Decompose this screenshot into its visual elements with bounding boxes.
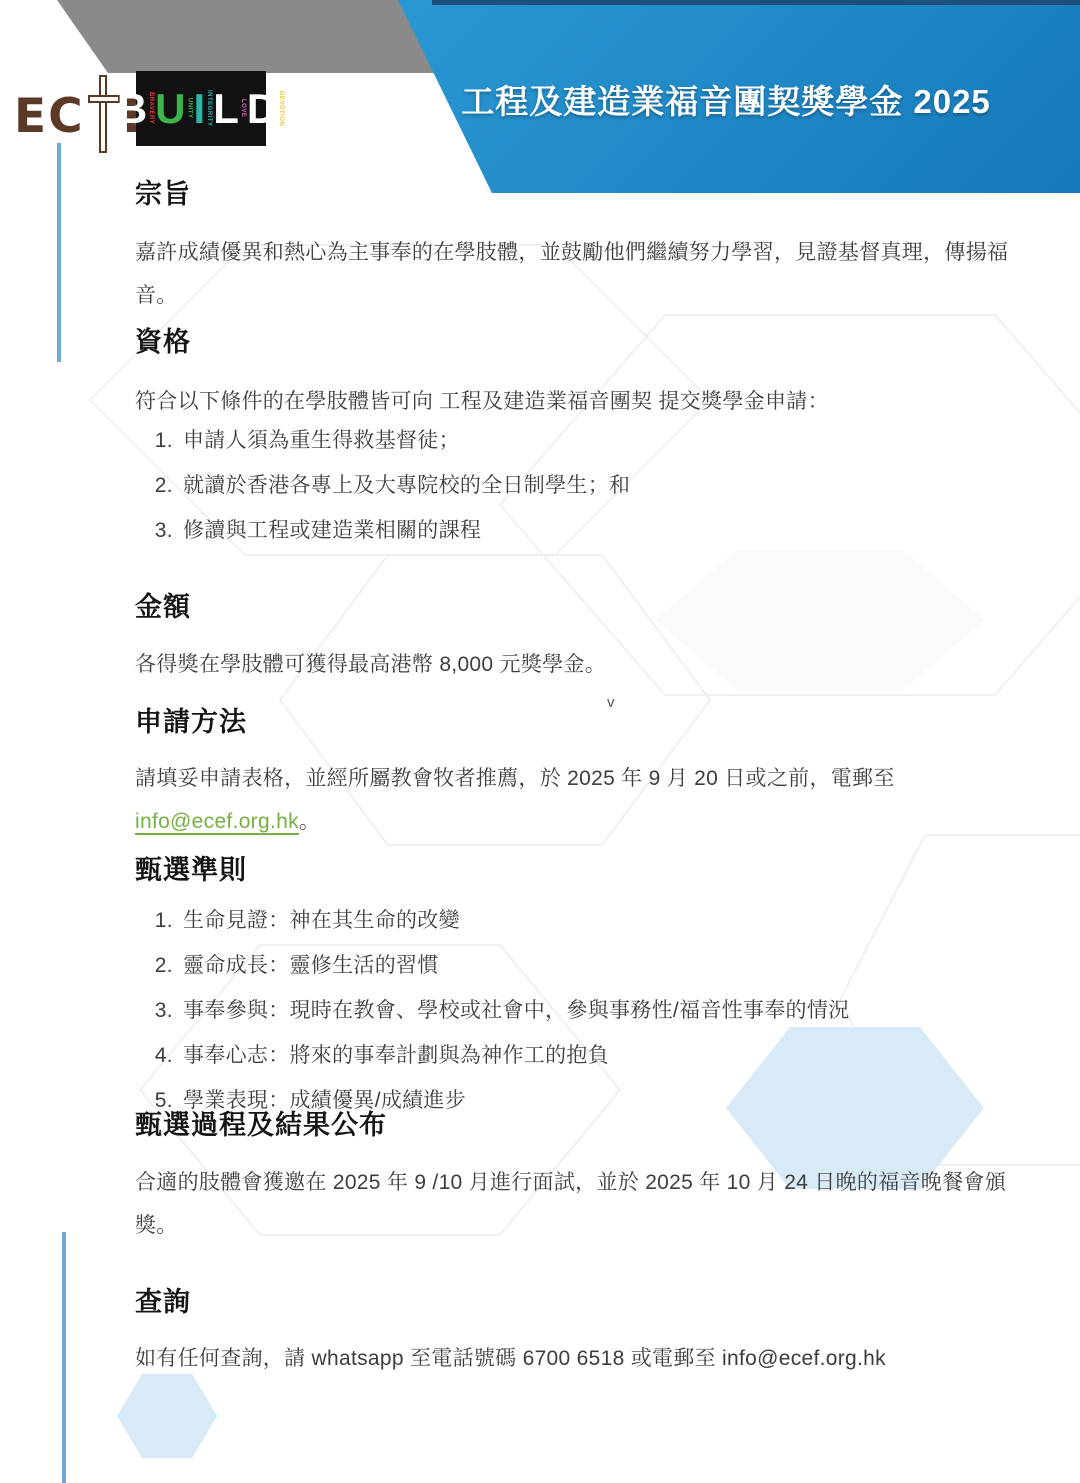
build-logo: B BRAVERY U UNITY I INTEGRITY L LOVE D D… [136,71,266,146]
section-heading-amount: 金額 [135,585,191,624]
list-item: 事奉參與：現時在教會、學校或社會中，參與事務性/福音性事奉的情況 [179,988,1039,1033]
build-word-love: LOVE [240,99,246,117]
stray-v-mark: v [607,694,615,711]
build-word-integrity: INTEGRITY [206,90,212,127]
accent-line-top [57,143,61,362]
hexagon-decorations [0,0,1080,1483]
application-text: 請填妥申請表格，並經所屬教會牧者推薦，於 2025 年 9 月 20 日或之前，… [135,767,895,790]
build-word-unity: UNITY [187,98,193,119]
accent-line-bottom [62,1232,66,1483]
list-item: 靈命成長：靈修生活的習慣 [179,943,1039,988]
section-heading-eligibility: 資格 [135,320,191,359]
criteria-list: 生命見證：神在其生命的改變 靈命成長：靈修生活的習慣 事奉參與：現時在教會、學校… [143,898,1039,1123]
build-letter-b: B [117,88,147,130]
build-letter-d: D [247,88,277,130]
build-word-bravery: BRAVERY [148,92,154,124]
ecef-logo-text-left: EC [14,89,85,144]
section-heading-process: 甄選過程及結果公布 [135,1103,387,1142]
section-heading-purpose: 宗旨 [135,172,191,211]
eligibility-intro: 符合以下條件的在學肢體皆可向 工程及建造業福音團契 提交獎學金申請： [135,380,1015,423]
build-word-devotion: DEVOTION [278,91,284,126]
purpose-body: 嘉許成績優異和熱心為主事奉的在學肢體，並鼓勵他們繼續努力學習，見證基督真理，傳揚… [135,231,1015,317]
flyer-page: 工程及建造業福音團契獎學金 2025 EC EF B BRAVERY U UNI… [0,0,1080,1483]
hexagon-blue-fill-small [117,1374,217,1458]
email-link[interactable]: info@ecef.org.hk [135,810,299,835]
application-text-after: 。 [299,810,320,833]
build-letter-i: I [194,88,206,130]
navy-strip [432,0,1080,5]
application-body: 請填妥申請表格，並經所屬教會牧者推薦，於 2025 年 9 月 20 日或之前，… [135,757,1015,843]
list-item: 申請人須為重生得救基督徒； [179,418,1039,463]
process-body: 合適的肢體會獲邀在 2025 年 9 /10 月進行面試，並於 2025 年 1… [135,1161,1040,1247]
section-heading-criteria: 甄選準則 [135,848,247,887]
section-heading-application: 申請方法 [135,700,247,739]
amount-body: 各得獎在學肢體可獲得最高港幣 8,000 元獎學金。 [135,643,1015,686]
build-letter-l: L [213,88,239,130]
list-item: 就讀於香港各專上及大專院校的全日制學生；和 [179,463,1039,508]
page-title: 工程及建造業福音團契獎學金 2025 [430,76,1022,123]
list-item: 事奉心志：將來的事奉計劃與為神作工的抱負 [179,1033,1039,1078]
section-heading-inquiry: 查詢 [135,1280,191,1319]
inquiry-body: 如有任何查詢，請 whatsapp 至電話號碼 6700 6518 或電郵至 i… [135,1337,1040,1380]
list-item: 生命見證：神在其生命的改變 [179,898,1039,943]
build-letter-u: U [155,88,185,130]
cross-icon [88,75,120,153]
eligibility-list: 申請人須為重生得救基督徒； 就讀於香港各專上及大專院校的全日制學生；和 修讀與工… [143,418,1039,553]
list-item: 修讀與工程或建造業相關的課程 [179,508,1039,553]
